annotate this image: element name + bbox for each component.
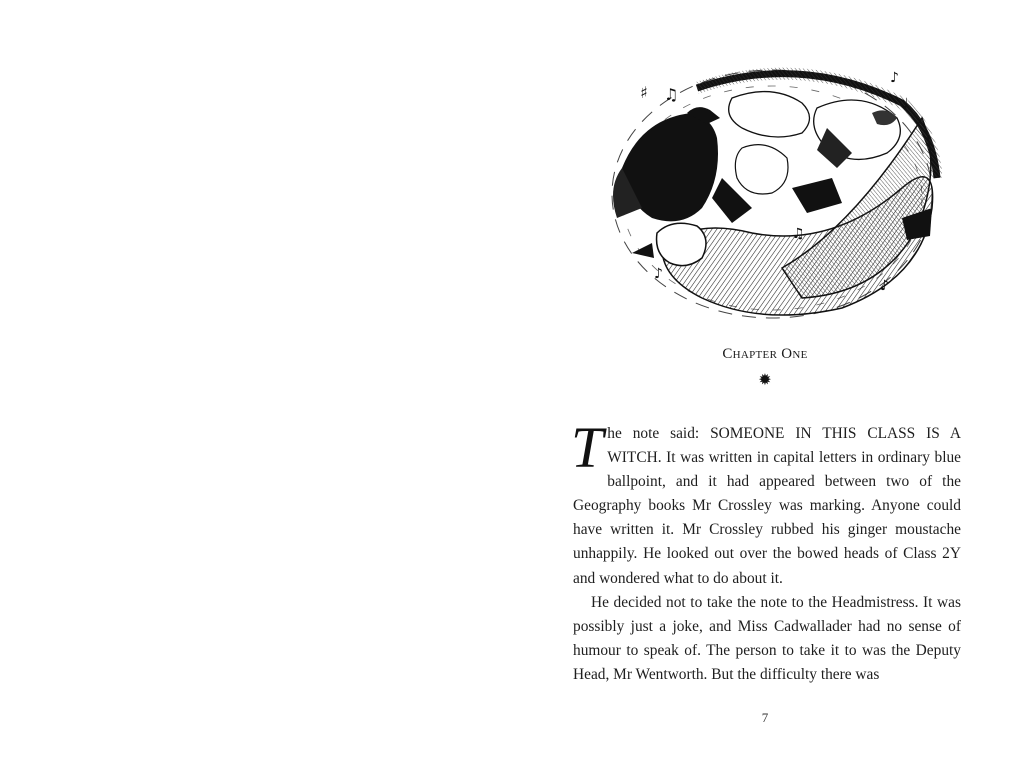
right-page: ♯ ♫ ♪ ♩ ♪ ♪ ♫ Chapter One ✹ The note sai… bbox=[510, 0, 1020, 773]
left-page-blank bbox=[0, 0, 510, 773]
page-number: 7 bbox=[510, 710, 1020, 726]
book-spread: ♯ ♫ ♪ ♩ ♪ ♪ ♫ Chapter One ✹ The note sai… bbox=[0, 0, 1020, 773]
chapter-heading: Chapter One bbox=[510, 346, 1020, 363]
svg-text:♪: ♪ bbox=[654, 266, 663, 282]
paragraph-1: The note said: SOMEONE IN THIS CLASS IS … bbox=[573, 422, 961, 591]
svg-text:♫: ♫ bbox=[792, 226, 805, 242]
svg-text:♪: ♪ bbox=[880, 278, 889, 294]
birds-illustration-icon: ♯ ♫ ♪ ♩ ♪ ♪ ♫ bbox=[602, 58, 942, 326]
svg-text:♪: ♪ bbox=[890, 70, 899, 86]
star-ornament-icon: ✹ bbox=[510, 373, 1020, 389]
svg-text:♫: ♫ bbox=[664, 85, 678, 104]
chapter-body-text: The note said: SOMEONE IN THIS CLASS IS … bbox=[573, 422, 961, 687]
drop-cap: T bbox=[571, 425, 603, 471]
svg-text:♩: ♩ bbox=[902, 96, 909, 112]
svg-text:♯: ♯ bbox=[640, 83, 648, 102]
paragraph-1-text: he note said: SOMEONE IN THIS CLASS IS A… bbox=[573, 425, 961, 587]
paragraph-2: He decided not to take the note to the H… bbox=[573, 591, 961, 687]
